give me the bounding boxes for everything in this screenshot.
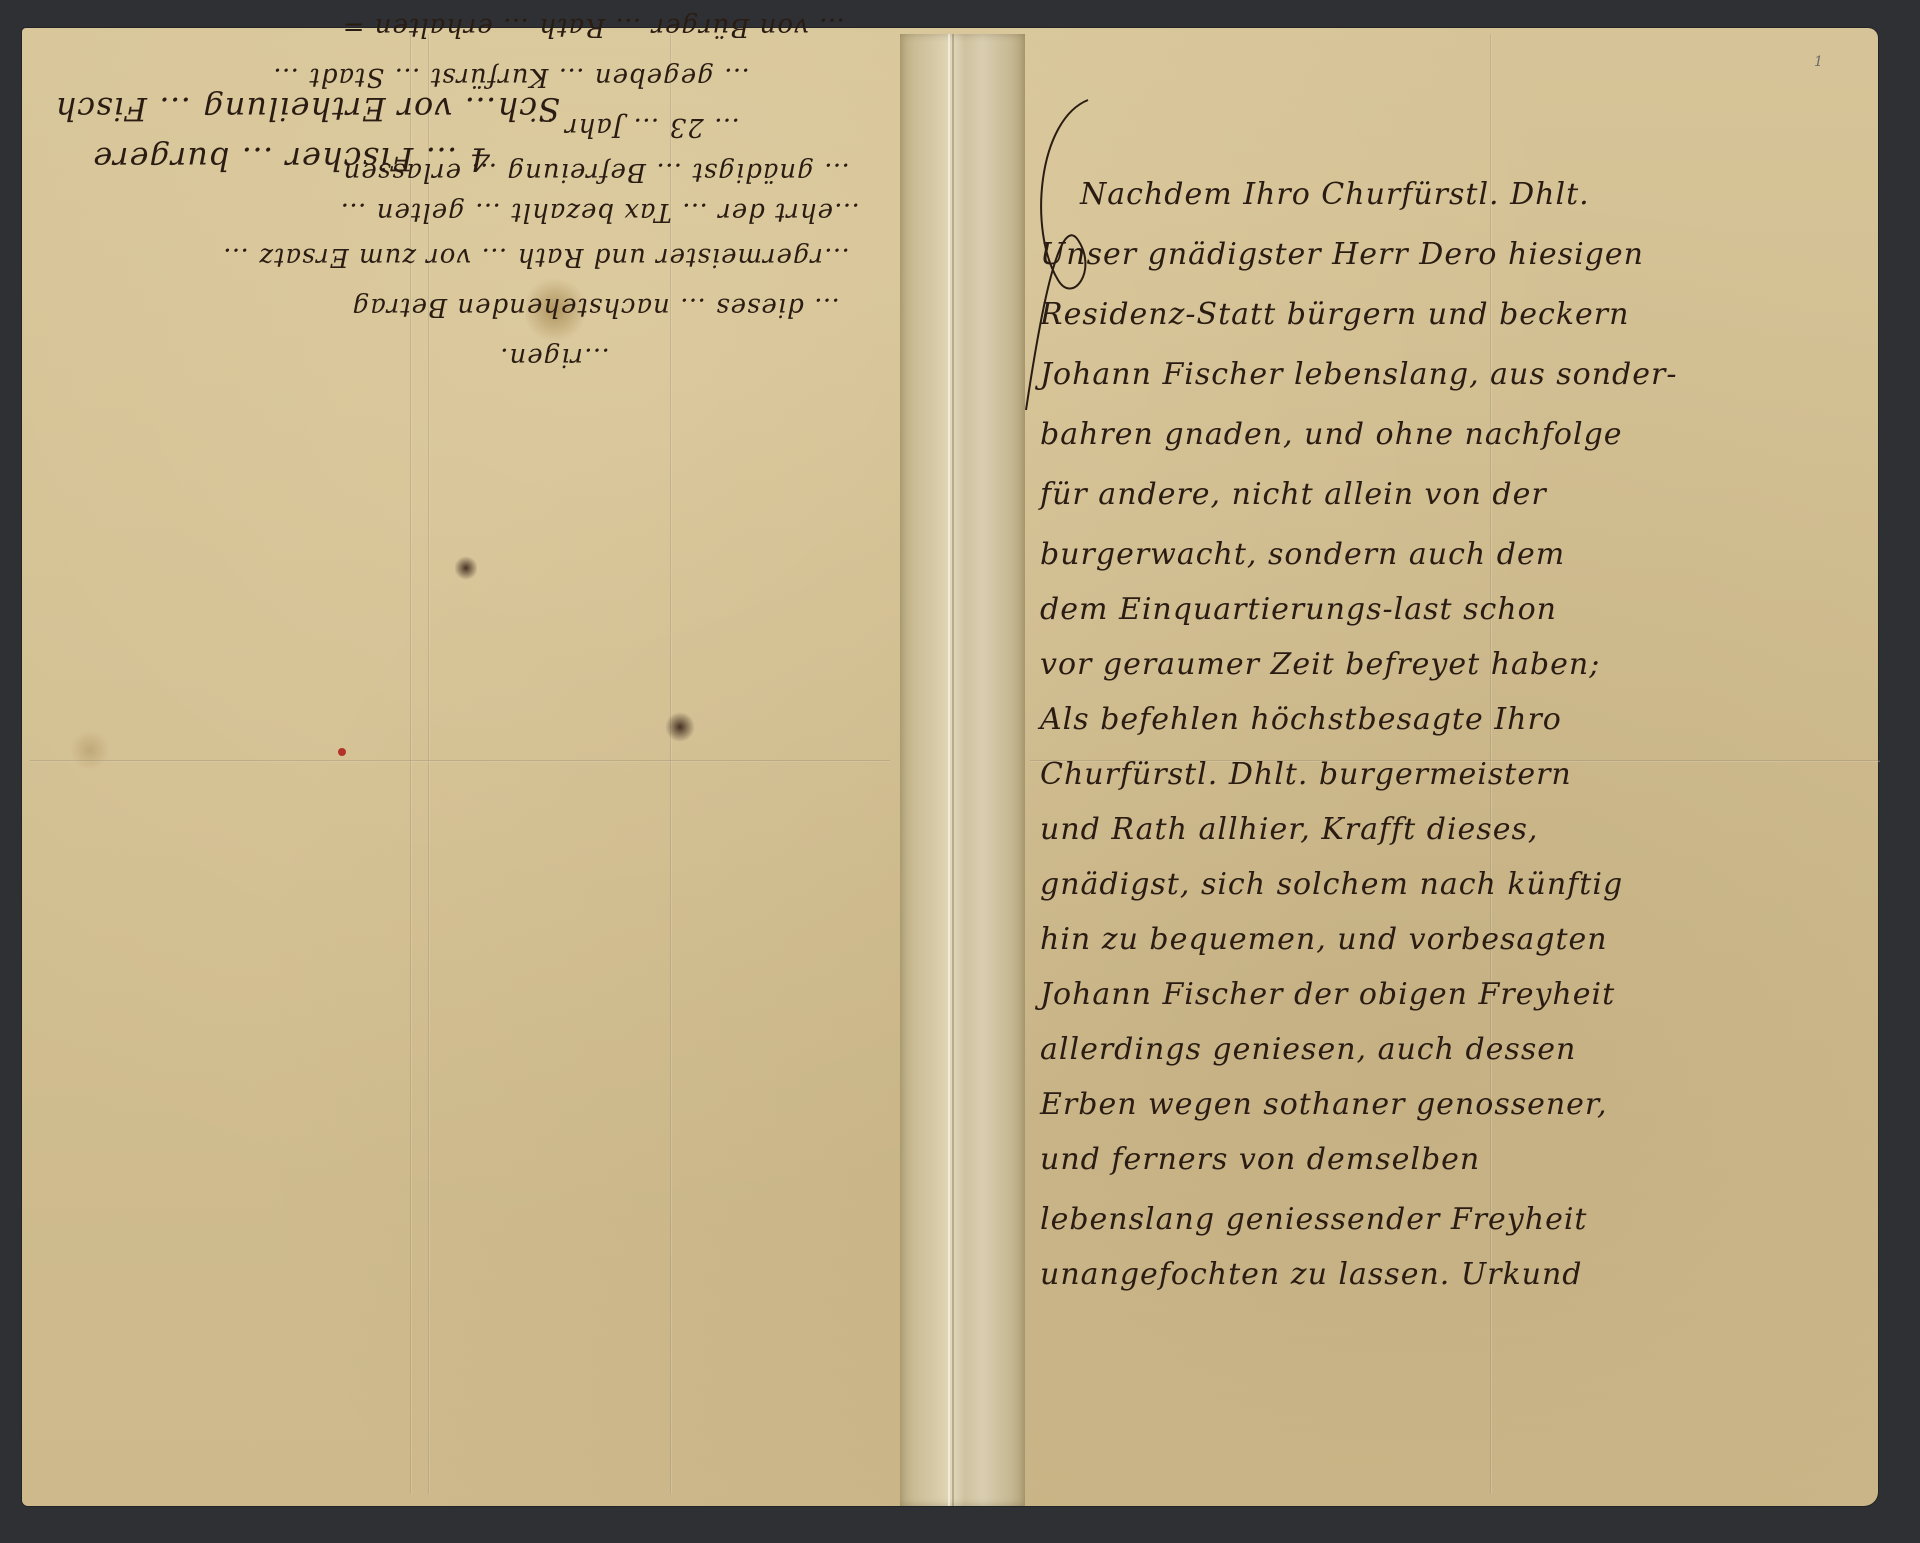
right-line: allerdings geniesen, auch dessen xyxy=(1040,1035,1576,1065)
right-line: Als befehlen höchstbesagte Ihro xyxy=(1040,705,1562,735)
right-line: bahren gnaden, und ohne nachfolge xyxy=(1040,420,1623,450)
left-line: …rgermeister und Rath … vor zum Ersatz … xyxy=(222,244,850,270)
right-line: lebenslang geniessender Freyheit xyxy=(1040,1205,1587,1235)
right-line: unangefochten zu lassen. Urkund xyxy=(1040,1260,1583,1290)
pencil-page-number: 1 xyxy=(1814,54,1823,70)
right-line: Residenz-Statt bürgern und beckern xyxy=(1040,300,1629,330)
left-line: … dieses … nachstehenden Betrag xyxy=(352,294,840,320)
spine-crease xyxy=(948,34,950,1506)
right-line: Nachdem Ihro Churfürstl. Dhlt. xyxy=(1080,180,1590,210)
right-line: für andere, nicht allein von der xyxy=(1040,480,1547,510)
right-line: vor geraumer Zeit befreyet haben; xyxy=(1040,650,1600,680)
right-line: hin zu bequemen, und vorbesagten xyxy=(1040,925,1608,955)
left-line: …rigen. xyxy=(499,344,610,370)
right-line: Johann Fischer der obigen Freyheit xyxy=(1040,980,1615,1010)
left-line: … von Bürger … Rath … erhalten = xyxy=(342,14,845,40)
left-page-header: Sch… vor Ertheilung … Fisch 4 … Fischer … xyxy=(40,80,560,190)
right-line: und Rath allhier, Krafft dieses, xyxy=(1040,815,1538,845)
spine-crease-shadow xyxy=(952,34,954,1506)
left-header-line: Sch… vor Ertheilung … Fisch xyxy=(55,90,560,128)
center-spine xyxy=(900,34,1025,1506)
right-line: Johann Fischer lebenslang, aus sonder- xyxy=(1040,360,1678,390)
right-line: Erben wegen sothaner genossener, xyxy=(1040,1090,1608,1120)
right-line: und ferners von demselben xyxy=(1040,1145,1480,1175)
left-header-line: 4 … Fischer … burgere xyxy=(92,140,490,178)
right-line: Unser gnädigster Herr Dero hiesigen xyxy=(1040,240,1644,270)
left-line: …ehrt der … Tax bezahlt … gelten … xyxy=(340,199,860,225)
right-line: burgerwacht, sondern auch dem xyxy=(1040,540,1565,570)
right-line: gnädigst, sich solchem nach künftig xyxy=(1040,870,1623,900)
document-scan: 1 …rigen. … dieses … nachstehenden Betra… xyxy=(0,0,1920,1543)
right-line: dem Einquartierungs-last schon xyxy=(1040,595,1557,625)
right-line: Churfürstl. Dhlt. burgermeistern xyxy=(1040,760,1572,790)
